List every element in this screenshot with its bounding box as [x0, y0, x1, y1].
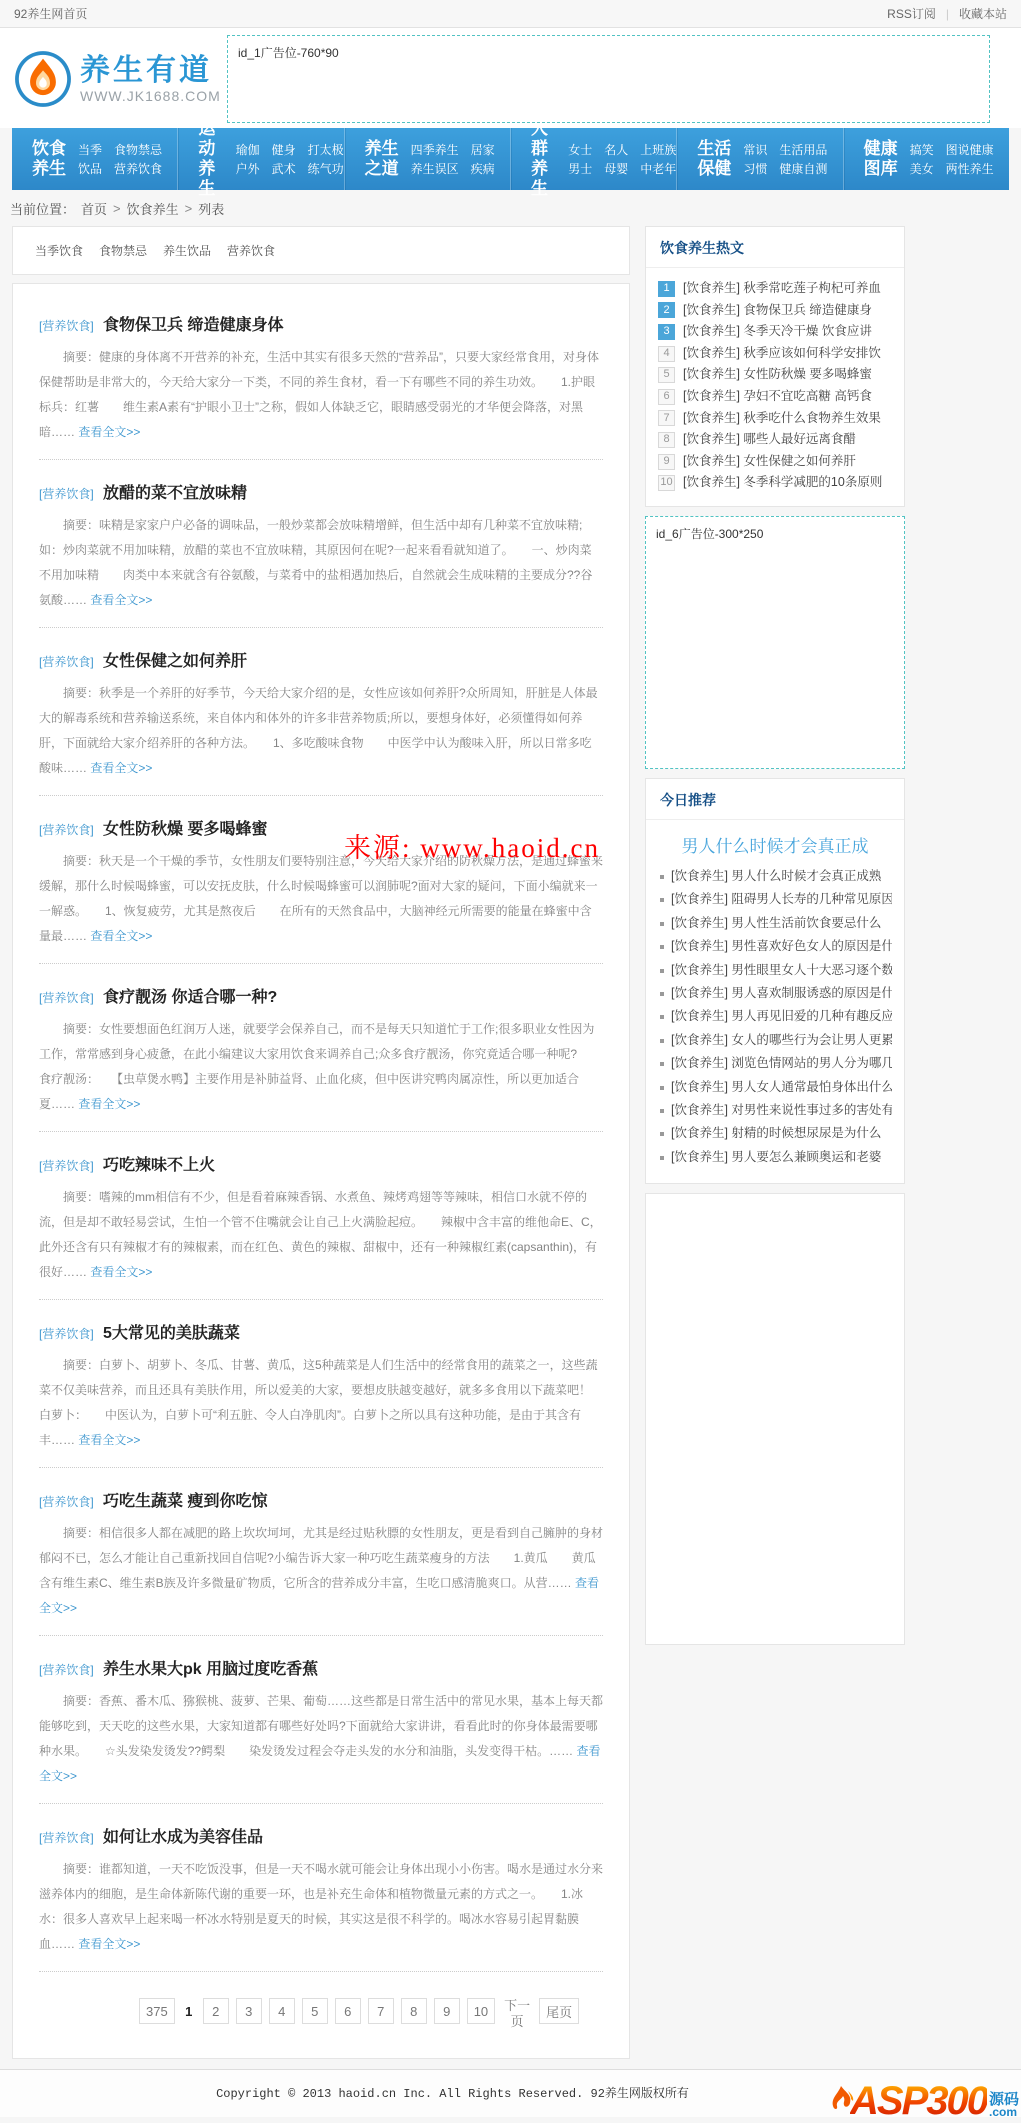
nav-link[interactable]: 打太极: [308, 141, 344, 158]
article-title-link[interactable]: 如何让水成为美容佳品: [103, 1829, 263, 1846]
pagination-page[interactable]: 9: [434, 1998, 460, 2024]
article-item: [营养饮食] 如何让水成为美容佳品 摘要：谁都知道，一天不吃饭没事，但是一天不喝…: [39, 1804, 603, 1972]
today-panel-title: 今日推荐: [646, 779, 904, 820]
article-item: [营养饮食] 女性保健之如何养肝 摘要：秋季是一个养肝的好季节，今天给大家介绍的…: [39, 628, 603, 796]
nav-title-line1: 健康: [864, 139, 898, 159]
article-item: [营养饮食] 食疗靓汤 你适合哪一种? 摘要：女性要想面色红润万人迷，就要学会保…: [39, 964, 603, 1132]
nav-link[interactable]: 上班族: [640, 141, 676, 158]
nav-group-sport: 运动 养生 瑜伽 健身 打太极 户外 武术 练气功: [178, 128, 344, 190]
today-list-item[interactable]: [饮食养生] 女人的哪些行为会让男人更累: [660, 1029, 892, 1052]
hot-list-item[interactable]: 5[饮食养生] 女性防秋燥 要多喝蜂蜜: [658, 364, 892, 386]
nav-link[interactable]: 健康自测: [779, 160, 827, 177]
today-list-item[interactable]: [饮食养生] 男人喜欢制服诱惑的原因是什么: [660, 982, 892, 1005]
nav-link[interactable]: 两性养生: [946, 160, 994, 177]
pagination-page[interactable]: 2: [203, 1998, 229, 2024]
rank-badge: 9: [658, 454, 675, 470]
read-more-link[interactable]: 查看全文>>: [78, 1433, 140, 1447]
nav-link[interactable]: 养生误区: [411, 160, 459, 177]
hot-item-label: [饮食养生] 女性防秋燥 要多喝蜂蜜: [683, 364, 872, 386]
article-category[interactable]: [营养饮食]: [39, 1159, 94, 1173]
pagination-page[interactable]: 4: [269, 1998, 295, 2024]
hot-articles-panel: 饮食养生热文 1[饮食养生] 秋季常吃莲子枸杞可养血 2[饮食养生] 食物保卫兵…: [645, 226, 905, 507]
hot-item-label: [饮食养生] 冬季天冷干燥 饮食应讲: [683, 321, 872, 343]
nav-link[interactable]: 瑜伽: [236, 141, 260, 158]
hot-item-label: [饮食养生] 秋季常吃莲子枸杞可养血: [683, 278, 881, 300]
breadcrumb-current: 列表: [198, 199, 224, 218]
breadcrumb: 当前位置： 首页 > 饮食养生 > 列表: [0, 190, 1021, 226]
article-summary: 摘要：香蕉、番木瓜、猕猴桃、菠萝、芒果、葡萄……这些都是日常生活中的常见水果，基…: [39, 1689, 603, 1789]
hot-list-item[interactable]: 1[饮食养生] 秋季常吃莲子枸杞可养血: [658, 278, 892, 300]
article-title-link[interactable]: 巧吃辣味不上火: [103, 1157, 215, 1174]
today-list-item[interactable]: [饮食养生] 射精的时候想尿尿是为什么: [660, 1122, 892, 1145]
hot-item-label: [饮食养生] 秋季应该如何科学安排饮: [683, 343, 881, 365]
pagination-current-page: 1: [182, 1998, 196, 2024]
article-title-link[interactable]: 5大常见的美肤蔬菜: [103, 1325, 240, 1342]
today-list-item[interactable]: [饮食养生] 男人女人通常最怕身体出什么问题: [660, 1076, 892, 1099]
today-recommend-panel: 今日推荐 男人什么时候才会真正成 [饮食养生] 男人什么时候才会真正成熟 [饮食…: [645, 778, 905, 1184]
pagination-page[interactable]: 6: [335, 1998, 361, 2024]
category-subnav: 当季饮食 食物禁忌 养生饮品 营养饮食: [12, 226, 630, 275]
nav-group-people: 人群 养生 女士 名人 上班族 男士 母婴 中老年: [511, 128, 677, 190]
article-summary: 摘要：女性要想面色红润万人迷，就要学会保养自己，而不是每天只知道忙于工作;很多职…: [39, 1017, 603, 1117]
today-featured-link[interactable]: 男人什么时候才会真正成: [646, 832, 904, 857]
article-summary: 摘要：相信很多人都在减肥的路上坎坎坷坷，尤其是经过贴秋膘的女性朋友，更是看到自己…: [39, 1521, 603, 1621]
sidebar-empty-panel: [645, 1193, 905, 1645]
hot-item-label: [饮食养生] 哪些人最好远离食醋: [683, 429, 856, 451]
pagination-page[interactable]: 3: [236, 1998, 262, 2024]
site-logo[interactable]: 养生有道 WWW.JK1688.COM: [14, 50, 221, 108]
sidebar-ad-banner[interactable]: id_6广告位-300*250: [645, 516, 905, 769]
nav-title-way[interactable]: 养生 之道: [365, 139, 399, 179]
nav-title-people[interactable]: 人群 养生: [531, 119, 556, 199]
asp300-com: .com: [989, 2106, 1017, 2119]
site-name: 养生有道: [80, 54, 221, 88]
hot-list-item[interactable]: 2[饮食养生] 食物保卫兵 缔造健康身: [658, 300, 892, 322]
rank-badge: 2: [658, 302, 675, 318]
rank-badge: 4: [658, 346, 675, 362]
nav-title-line2: 养生: [531, 159, 556, 199]
asp300-wordmark: ASP300: [850, 2083, 987, 2119]
hot-list-item[interactable]: 7[饮食养生] 秋季吃什么食物养生效果: [658, 408, 892, 430]
nav-title-food[interactable]: 饮食 养生: [32, 139, 66, 179]
nav-link[interactable]: 武术: [272, 160, 296, 177]
nav-link[interactable]: 生活用品: [779, 141, 827, 158]
nav-title-line2: 养生: [198, 159, 223, 199]
read-more-link[interactable]: 查看全文>>: [90, 1265, 152, 1279]
pagination-total[interactable]: 375: [139, 1998, 175, 2024]
today-list-item[interactable]: [饮食养生] 对男性来说性事过多的害处有哪些: [660, 1099, 892, 1122]
nav-link[interactable]: 习惯: [743, 160, 767, 177]
hot-item-label: [饮食养生] 食物保卫兵 缔造健康身: [683, 300, 872, 322]
article-title-link[interactable]: 食疗靓汤 你适合哪一种?: [103, 989, 277, 1006]
article-summary: 摘要：味精是家家户户必备的调味品，一般炒菜都会放味精增鲜，但生活中却有几种菜不宜…: [39, 513, 603, 613]
nav-title-life[interactable]: 生活 保健: [697, 139, 731, 179]
article-item: [营养饮食] 女性防秋燥 要多喝蜂蜜 摘要：秋天是一个干燥的季节，女性朋友们要特…: [39, 796, 603, 964]
topbar: 92养生网首页 RSS订阅 | 收藏本站: [0, 0, 1021, 28]
read-more-link[interactable]: 查看全文>>: [90, 593, 152, 607]
pagination-page[interactable]: 10: [467, 1998, 495, 2024]
nav-group-life: 生活 保健 常识 生活用品 习惯 健康自测: [677, 128, 843, 190]
hot-list-item[interactable]: 8[饮食养生] 哪些人最好远离食醋: [658, 429, 892, 451]
pagination: 375 1 2 3 4 5 6 7 8 9 10 下一页 尾页: [139, 1998, 603, 2030]
rank-badge: 1: [658, 281, 675, 297]
article-category[interactable]: [营养饮食]: [39, 1663, 94, 1677]
article-item: [营养饮食] 放醋的菜不宜放味精 摘要：味精是家家户户必备的调味品，一般炒菜都会…: [39, 460, 603, 628]
nav-link[interactable]: 名人: [604, 141, 628, 158]
article-list: [营养饮食] 食物保卫兵 缔造健康身体 摘要：健康的身体离不开营养的补充，生活中…: [12, 283, 630, 2059]
hot-item-label: [饮食养生] 孕妇不宜吃高糖 高钙食: [683, 386, 872, 408]
nav-link[interactable]: 男士: [568, 160, 592, 177]
article-item: [营养饮食] 养生水果大pk 用脑过度吃香蕉 摘要：香蕉、番木瓜、猕猴桃、菠萝、…: [39, 1636, 603, 1804]
breadcrumb-category[interactable]: 饮食养生: [127, 199, 179, 218]
article-title-link[interactable]: 养生水果大pk 用脑过度吃香蕉: [103, 1661, 318, 1678]
subnav-link-taboo[interactable]: 食物禁忌: [99, 242, 147, 259]
breadcrumb-label: 当前位置：: [10, 199, 75, 218]
breadcrumb-separator: >: [185, 201, 193, 216]
nav-title-line2: 图库: [864, 159, 898, 179]
subnav-link-drinks[interactable]: 养生饮品: [163, 242, 211, 259]
topbar-home-link[interactable]: 92养生网首页: [14, 5, 87, 22]
read-more-link[interactable]: 查看全文>>: [78, 425, 140, 439]
nav-link[interactable]: 母婴: [604, 160, 628, 177]
hot-panel-title: 饮食养生热文: [646, 227, 904, 268]
article-summary: 摘要：秋天是一个干燥的季节，女性朋友们要特别注意，今天给大家介绍的防秋燥方法，是…: [39, 849, 603, 949]
article-title-link[interactable]: 食物保卫兵 缔造健康身体: [103, 317, 283, 334]
pagination-page[interactable]: 8: [401, 1998, 427, 2024]
nav-title-line2: 保健: [697, 159, 731, 179]
hot-list-item[interactable]: 4[饮食养生] 秋季应该如何科学安排饮: [658, 343, 892, 365]
today-list-item[interactable]: [饮食养生] 男人再见旧爱的几种有趣反应: [660, 1005, 892, 1028]
article-summary: 摘要：嗜辣的mm相信有不少，但是看着麻辣香锅、水煮鱼、辣烤鸡翅等等辣味，相信口水…: [39, 1185, 603, 1285]
today-list-item[interactable]: [饮食养生] 男人要怎么兼顾奥运和老婆: [660, 1146, 892, 1169]
nav-group-food: 饮食 养生 当季 食物禁忌 饮品 营养饮食: [12, 128, 178, 190]
article-summary: 摘要：健康的身体离不开营养的补充，生活中其实有很多天然的“营养品”，只要大家经常…: [39, 345, 603, 445]
header: 养生有道 WWW.JK1688.COM id_1广告位-760*90: [0, 28, 1021, 128]
favorite-link[interactable]: 收藏本站: [959, 5, 1007, 22]
hot-list-item[interactable]: 6[饮食养生] 孕妇不宜吃高糖 高钙食: [658, 386, 892, 408]
article-category[interactable]: [营养饮食]: [39, 1495, 94, 1509]
nav-link[interactable]: 中老年: [640, 160, 676, 177]
breadcrumb-separator: >: [113, 201, 121, 216]
footer: Copyright © 2013 haoid.cn Inc. All Right…: [0, 2069, 1021, 2117]
article-item: [营养饮食] 巧吃辣味不上火 摘要：嗜辣的mm相信有不少，但是看着麻辣香锅、水煮…: [39, 1132, 603, 1300]
nav-link[interactable]: 女士: [568, 141, 592, 158]
nav-link[interactable]: 图说健康: [946, 141, 994, 158]
today-list-item[interactable]: [饮食养生] 男人性生活前饮食要忌什么: [660, 912, 892, 935]
nav-title-gallery[interactable]: 健康 图库: [864, 139, 898, 179]
nav-group-way: 养生 之道 四季养生 居家 养生误区 疾病: [345, 128, 511, 190]
copyright-text: Copyright © 2013 haoid.cn Inc. All Right…: [0, 2070, 905, 2101]
asp300-logo[interactable]: ASP300 源码 .com: [826, 2083, 1019, 2119]
hot-item-label: [饮食养生] 秋季吃什么食物养生效果: [683, 408, 881, 430]
topbar-divider: |: [946, 7, 949, 21]
nav-link[interactable]: 美女: [910, 160, 934, 177]
article-summary: 摘要：谁都知道，一天不吃饭没事，但是一天不喝水就可能会让身体出现小小伤害。喝水是…: [39, 1857, 603, 1957]
read-more-link[interactable]: 查看全文>>: [78, 1097, 140, 1111]
hot-list-item[interactable]: 3[饮食养生] 冬季天冷干燥 饮食应讲: [658, 321, 892, 343]
content: 当季饮食 食物禁忌 养生饮品 营养饮食 [营养饮食] 食物保卫兵 缔造健康身体 …: [0, 226, 1021, 2059]
nav-link[interactable]: 饮品: [78, 160, 102, 177]
article-title-link[interactable]: 巧吃生蔬菜 瘦到你吃惊: [103, 1493, 267, 1510]
today-list-item[interactable]: [饮食养生] 阻碍男人长寿的几种常见原因: [660, 888, 892, 911]
article-title-link[interactable]: 放醋的菜不宜放味精: [103, 485, 247, 502]
rank-badge: 5: [658, 367, 675, 383]
nav-link[interactable]: 居家: [471, 141, 495, 158]
site-url: WWW.JK1688.COM: [80, 88, 221, 104]
article-category[interactable]: [营养饮食]: [39, 991, 94, 1005]
article-summary: 摘要：秋季是一个养肝的好季节，今天给大家介绍的是，女性应该如何养肝?众所周知，肝…: [39, 681, 603, 781]
main-nav: 饮食 养生 当季 食物禁忌 饮品 营养饮食 运动 养生 瑜伽 健身 打太极: [12, 128, 1009, 190]
article-category[interactable]: [营养饮食]: [39, 823, 94, 837]
pagination-page[interactable]: 5: [302, 1998, 328, 2024]
article-summary-text: 摘要：相信很多人都在减肥的路上坎坎坷坷，尤其是经过贴秋膘的女性朋友，更是看到自己…: [39, 1526, 603, 1590]
rank-badge: 10: [658, 475, 675, 491]
read-more-link[interactable]: 查看全文>>: [90, 929, 152, 943]
nav-link[interactable]: 疾病: [471, 160, 495, 177]
pagination-last[interactable]: 尾页: [539, 1998, 579, 2024]
subnav-link-nutrition[interactable]: 营养饮食: [227, 242, 275, 259]
nav-link[interactable]: 营养饮食: [114, 160, 162, 177]
rank-badge: 8: [658, 432, 675, 448]
article-category[interactable]: [营养饮食]: [39, 1327, 94, 1341]
pagination-page[interactable]: 7: [368, 1998, 394, 2024]
top-ad-banner[interactable]: id_1广告位-760*90: [227, 35, 990, 123]
nav-link[interactable]: 食物禁忌: [114, 141, 162, 158]
hot-item-label: [饮食养生] 冬季科学减肥的10条原则: [683, 472, 882, 494]
nav-link[interactable]: 常识: [743, 141, 767, 158]
nav-link[interactable]: 搞笑: [910, 141, 934, 158]
nav-group-gallery: 健康 图库 搞笑 图说健康 美女 两性养生: [844, 128, 1009, 190]
nav-title-line1: 饮食: [32, 139, 66, 159]
nav-link[interactable]: 四季养生: [411, 141, 459, 158]
breadcrumb-home[interactable]: 首页: [81, 199, 107, 218]
article-category[interactable]: [营养饮食]: [39, 1831, 94, 1845]
read-more-link[interactable]: 查看全文>>: [90, 761, 152, 775]
today-list-item[interactable]: [饮食养生] 男性喜欢好色女人的原因是什么: [660, 935, 892, 958]
article-summary: 摘要：白萝卜、胡萝卜、冬瓜、甘薯、黄瓜，这5种蔬菜是人们生活中的经常食用的蔬菜之…: [39, 1353, 603, 1453]
nav-link[interactable]: 健身: [272, 141, 296, 158]
rank-badge: 7: [658, 410, 675, 426]
pagination-next[interactable]: 下一页: [502, 1998, 532, 2030]
article-title-link[interactable]: 女性保健之如何养肝: [103, 653, 247, 670]
subnav-link-seasonal[interactable]: 当季饮食: [35, 242, 83, 259]
nav-title-sport[interactable]: 运动 养生: [198, 119, 223, 199]
nav-link[interactable]: 当季: [78, 141, 102, 158]
nav-title-line1: 生活: [697, 139, 731, 159]
rank-badge: 6: [658, 389, 675, 405]
article-summary-text: 摘要：香蕉、番木瓜、猕猴桃、菠萝、芒果、葡萄……这些都是日常生活中的常见水果，基…: [39, 1694, 603, 1758]
nav-link[interactable]: 练气功: [308, 160, 344, 177]
today-list-item[interactable]: [饮食养生] 男性眼里女人十大恶习逐个数: [660, 959, 892, 982]
article-category[interactable]: [营养饮食]: [39, 319, 94, 333]
article-category[interactable]: [营养饮食]: [39, 655, 94, 669]
hot-list-item[interactable]: 10[饮食养生] 冬季科学减肥的10条原则: [658, 472, 892, 494]
flame-logo-icon: [14, 50, 72, 108]
nav-title-line1: 养生: [365, 139, 399, 159]
article-item: [营养饮食] 食物保卫兵 缔造健康身体 摘要：健康的身体离不开营养的补充，生活中…: [39, 292, 603, 460]
rss-link[interactable]: RSS订阅: [887, 5, 936, 22]
today-list-item[interactable]: [饮食养生] 男人什么时候才会真正成熟: [660, 865, 892, 888]
today-list-item[interactable]: [饮食养生] 浏览色情网站的男人分为哪几类: [660, 1052, 892, 1075]
nav-title-line2: 养生: [32, 159, 66, 179]
hot-list-item[interactable]: 9[饮食养生] 女性保健之如何养肝: [658, 451, 892, 473]
read-more-link[interactable]: 查看全文>>: [78, 1937, 140, 1951]
article-item: [营养饮食] 5大常见的美肤蔬菜 摘要：白萝卜、胡萝卜、冬瓜、甘薯、黄瓜，这5种…: [39, 1300, 603, 1468]
nav-title-line2: 之道: [365, 159, 399, 179]
article-title-link[interactable]: 女性防秋燥 要多喝蜂蜜: [103, 821, 267, 838]
rank-badge: 3: [658, 324, 675, 340]
article-category[interactable]: [营养饮食]: [39, 487, 94, 501]
hot-item-label: [饮食养生] 女性保健之如何养肝: [683, 451, 856, 473]
nav-link[interactable]: 户外: [236, 160, 260, 177]
article-item: [营养饮食] 巧吃生蔬菜 瘦到你吃惊 摘要：相信很多人都在减肥的路上坎坎坷坷，尤…: [39, 1468, 603, 1636]
